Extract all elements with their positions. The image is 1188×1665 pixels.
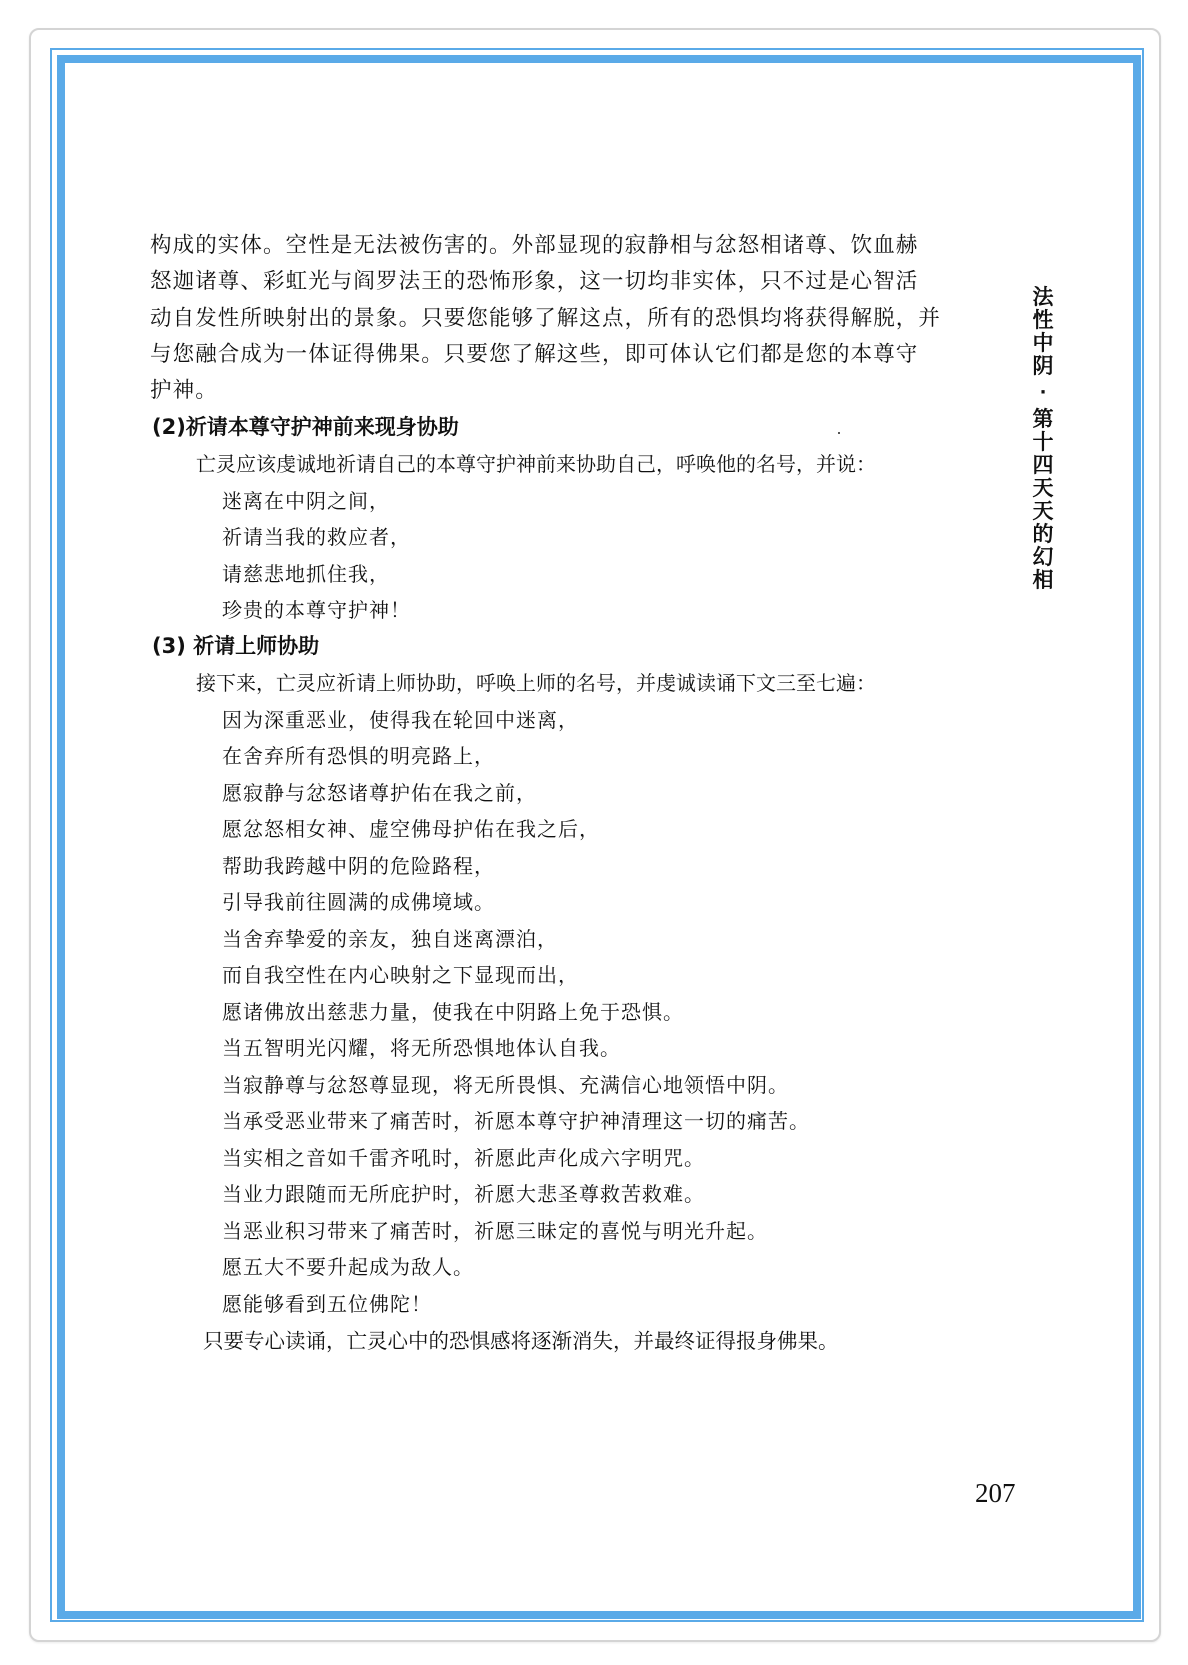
title-char: 幻 [1030,546,1056,569]
verse-line: 珍贵的本尊守护神！ [222,596,411,624]
title-char: 四 [1030,454,1056,477]
verse-line: 愿忿怒相女神、虚空佛母护佑在我之后， [222,815,600,843]
title-char: 性 [1030,309,1056,332]
title-char: 相 [1030,569,1056,592]
paragraph-line: 动自发性所映射出的景象。只要您能够了解这点，所有的恐惧均将获得解脱，并 [150,305,940,333]
verse-line: 迷离在中阴之间， [222,487,390,515]
title-char: 法 [1030,286,1056,309]
title-char: 十 [1030,431,1056,454]
verse-line: 愿寂静与忿怒诸尊护佑在我之前， [222,779,537,807]
verse-line: 愿能够看到五位佛陀！ [222,1290,432,1318]
verse-line: 愿五大不要升起成为敌人。 [222,1253,474,1281]
paragraph-line: 怒迦诸尊、彩虹光与阎罗法王的恐怖形象，这一切均非实体，只不过是心智活 [150,268,940,296]
page-number: 207 [975,1478,1016,1509]
title-char: 中 [1030,332,1056,355]
book-page: 法 性 中 阴 · 第 十 四 天 天 的 幻 相 构成的实体。空性是无法被伤害… [0,0,1188,1665]
verse-line: 当舍弃挚爱的亲友，独自迷离漂泊， [222,925,558,953]
verse-line: 引导我前往圆满的成佛境域。 [222,888,495,916]
verse-line: 而自我空性在内心映射之下显现而出， [222,961,579,989]
title-char: 阴 [1030,355,1056,378]
verse-line: 请慈悲地抓住我， [222,560,390,588]
verse-line: 当寂静尊与忿怒尊显现，将无所畏惧、充满信心地领悟中阴。 [222,1071,789,1099]
section-intro: 亡灵应该虔诚地祈请自己的本尊守护神前来协助自己，呼唤他的名号，并说： [196,450,876,478]
title-char: 第 [1030,408,1056,431]
closing-paragraph: 只要专心读诵，亡灵心中的恐惧感将逐渐消失，并最终证得报身佛果。 [203,1327,839,1355]
title-char: 的 [1030,523,1056,546]
verse-line: 当恶业积习带来了痛苦时，祈愿三昧定的喜悦与明光升起。 [222,1217,768,1245]
paragraph-line: 构成的实体。空性是无法被伤害的。外部显现的寂静相与忿怒相诸尊、饮血赫 [150,232,940,260]
verse-line: 帮助我跨越中阴的危险路程， [222,852,495,880]
verse-line: 愿诸佛放出慈悲力量，使我在中阴路上免于恐惧。 [222,998,684,1026]
verse-line: 当五智明光闪耀，将无所恐惧地体认自我。 [222,1034,621,1062]
running-chapter-title: 法 性 中 阴 · 第 十 四 天 天 的 幻 相 [1030,286,1056,592]
title-char: 天 [1030,477,1056,500]
title-char: 天 [1030,500,1056,523]
paragraph-line: 护神。 [150,377,940,405]
verse-line: 当实相之音如千雷齐吼时，祈愿此声化成六字明咒。 [222,1144,705,1172]
section-heading: (3) 祈请上师协助 [152,632,319,660]
verse-line: 因为深重恶业，使得我在轮回中迷离， [222,706,579,734]
title-separator: · [1030,378,1056,408]
scan-speck [838,432,840,434]
section-heading: (2)祈请本尊守护神前来现身协助 [152,413,459,441]
verse-line: 祈请当我的救应者， [222,523,411,551]
verse-line: 在舍弃所有恐惧的明亮路上， [222,742,495,770]
verse-line: 当承受恶业带来了痛苦时，祈愿本尊守护神清理这一切的痛苦。 [222,1107,810,1135]
verse-line: 当业力跟随而无所庇护时，祈愿大悲圣尊救苦救难。 [222,1180,705,1208]
section-intro: 接下来，亡灵应祈请上师协助，呼唤上师的名号，并虔诚读诵下文三至七遍： [196,669,876,697]
paragraph-line: 与您融合成为一体证得佛果。只要您了解这些，即可体认它们都是您的本尊守 [150,341,940,369]
